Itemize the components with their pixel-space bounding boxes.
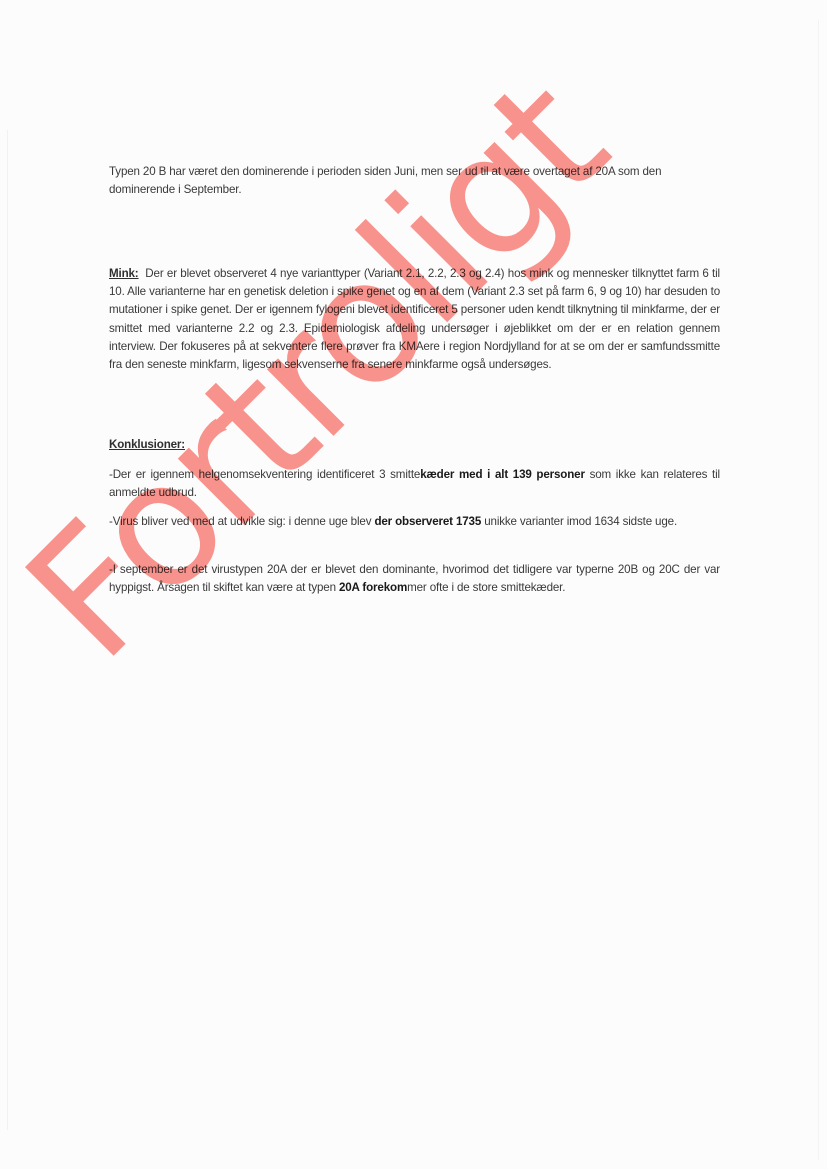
conclusion-emphasis: kæder med i alt 139 personer (420, 468, 585, 481)
document-page: Typen 20 B har været den dominerende i p… (0, 0, 827, 1169)
conclusion-item: -Der er igennem helgenomsekventering ide… (109, 466, 720, 502)
conclusion-text: unikke varianter imod 1634 sidste uge. (481, 515, 677, 528)
conclusion-text: -Der er igennem helgenomsekventering ide… (109, 468, 420, 481)
mink-label: Mink: (109, 267, 139, 280)
conclusion-text: mer ofte i de store smittekæder. (407, 581, 565, 594)
conclusion-emphasis: 20A forekom (339, 581, 407, 594)
conclusion-text: -Virus bliver ved med at udvikle sig: i … (109, 515, 374, 528)
scan-edge-artifact (818, 20, 819, 1160)
scan-edge-artifact (7, 130, 8, 1130)
conclusions-heading-block: Konklusioner: (109, 436, 720, 454)
mink-paragraph: Mink: Der er blevet observeret 4 nye var… (109, 265, 720, 374)
conclusion-emphasis: der observeret 1735 (374, 515, 481, 528)
mink-text: Der er blevet observeret 4 nye variantty… (109, 267, 720, 371)
conclusion-item: -I september er det virustypen 20A der e… (109, 561, 720, 597)
conclusions-heading: Konklusioner: (109, 438, 185, 451)
intro-text: Typen 20 B har været den dominerende i p… (109, 163, 720, 199)
conclusion-item: -Virus bliver ved med at udvikle sig: i … (109, 513, 720, 531)
intro-paragraph: Typen 20 B har været den dominerende i p… (109, 163, 720, 199)
